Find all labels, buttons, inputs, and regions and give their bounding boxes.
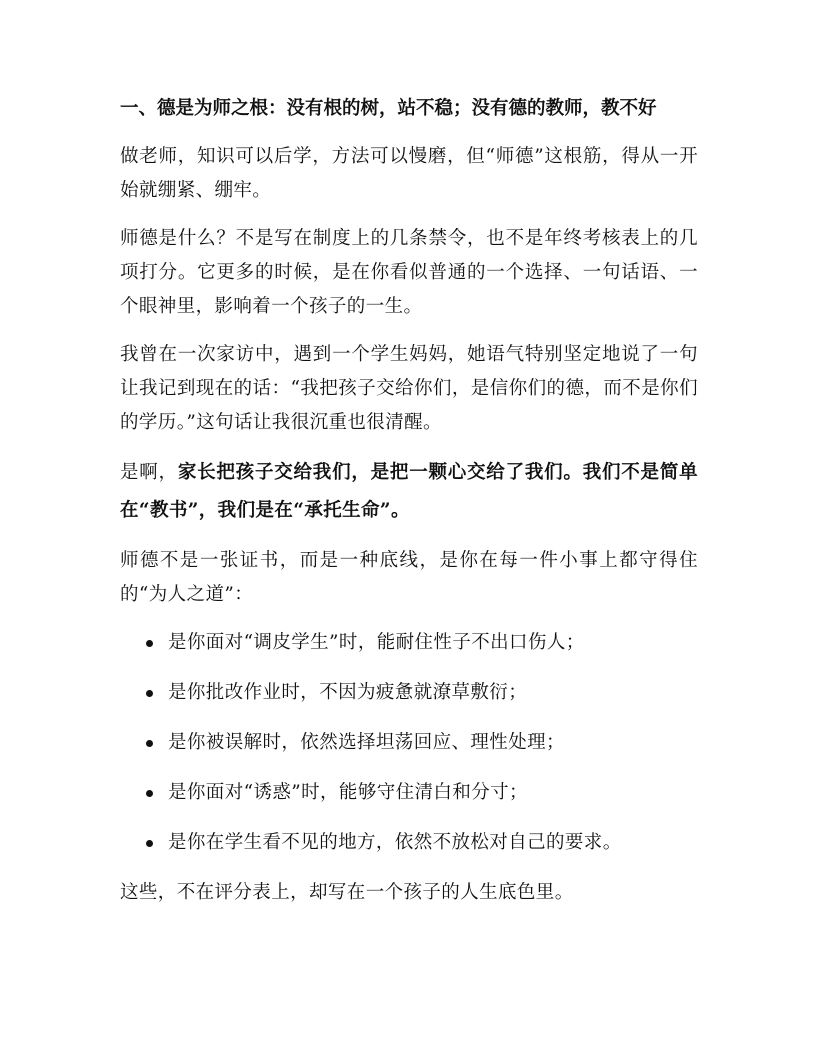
- paragraph-3: 我曾在一次家访中，遇到一个学生妈妈，她语气特别坚定地说了一句让我记到现在的话：“…: [120, 338, 698, 440]
- list-intro: 师德不是一张证书，而是一种底线，是你在每一件小事上都守得住的“为人之道”：: [120, 544, 698, 612]
- emphasis-lead: 是啊，: [120, 462, 178, 483]
- list-item-text: 是你面对“诱惑”时，能够守住清白和分寸；: [168, 782, 528, 803]
- list-item: 是你批改作业时，不因为疲惫就潦草敷衍；: [120, 676, 698, 710]
- list-item-text: 是你被误解时，依然选择坦荡回应、理性处理；: [168, 732, 565, 753]
- bullet-icon: [146, 690, 153, 697]
- list-item: 是你面对“调皮学生”时，能耐住性子不出口伤人；: [120, 626, 698, 660]
- emphasis-paragraph: 是啊，家长把孩子交给我们，是把一颗心交给了我们。我们不是简单在“教书”，我们是在…: [120, 454, 698, 530]
- bullet-icon: [146, 840, 153, 847]
- bullet-icon: [146, 640, 153, 647]
- bullet-icon: [146, 740, 153, 747]
- document-page: 一、德是为师之根：没有根的树，站不稳；没有德的教师，教不好 做老师，知识可以后学…: [120, 92, 698, 910]
- list-item: 是你面对“诱惑”时，能够守住清白和分寸；: [120, 776, 698, 810]
- bullet-icon: [146, 790, 153, 797]
- list-item: 是你被误解时，依然选择坦荡回应、理性处理；: [120, 726, 698, 760]
- paragraph-2: 师德是什么？不是写在制度上的几条禁令，也不是年终考核表上的几项打分。它更多的时候…: [120, 222, 698, 324]
- list-item-text: 是你批改作业时，不因为疲惫就潦草敷衍；: [168, 682, 527, 703]
- list-item-text: 是你面对“调皮学生”时，能耐住性子不出口伤人；: [168, 632, 585, 653]
- bullet-list: 是你面对“调皮学生”时，能耐住性子不出口伤人； 是你批改作业时，不因为疲惫就潦草…: [120, 626, 698, 860]
- paragraph-1: 做老师，知识可以后学，方法可以慢磨，但“师德”这根筋，得从一开始就绷紧、绷牢。: [120, 140, 698, 208]
- list-item-text: 是你在学生看不见的地方，依然不放松对自己的要求。: [168, 832, 622, 853]
- emphasis-bold-text: 家长把孩子交给我们，是把一颗心交给了我们。我们不是简单在“教书”，我们是在“承托…: [120, 462, 698, 521]
- closing-paragraph: 这些，不在评分表上，却写在一个孩子的人生底色里。: [120, 876, 698, 910]
- list-item: 是你在学生看不见的地方，依然不放松对自己的要求。: [120, 826, 698, 860]
- section-heading: 一、德是为师之根：没有根的树，站不稳；没有德的教师，教不好: [120, 92, 698, 126]
